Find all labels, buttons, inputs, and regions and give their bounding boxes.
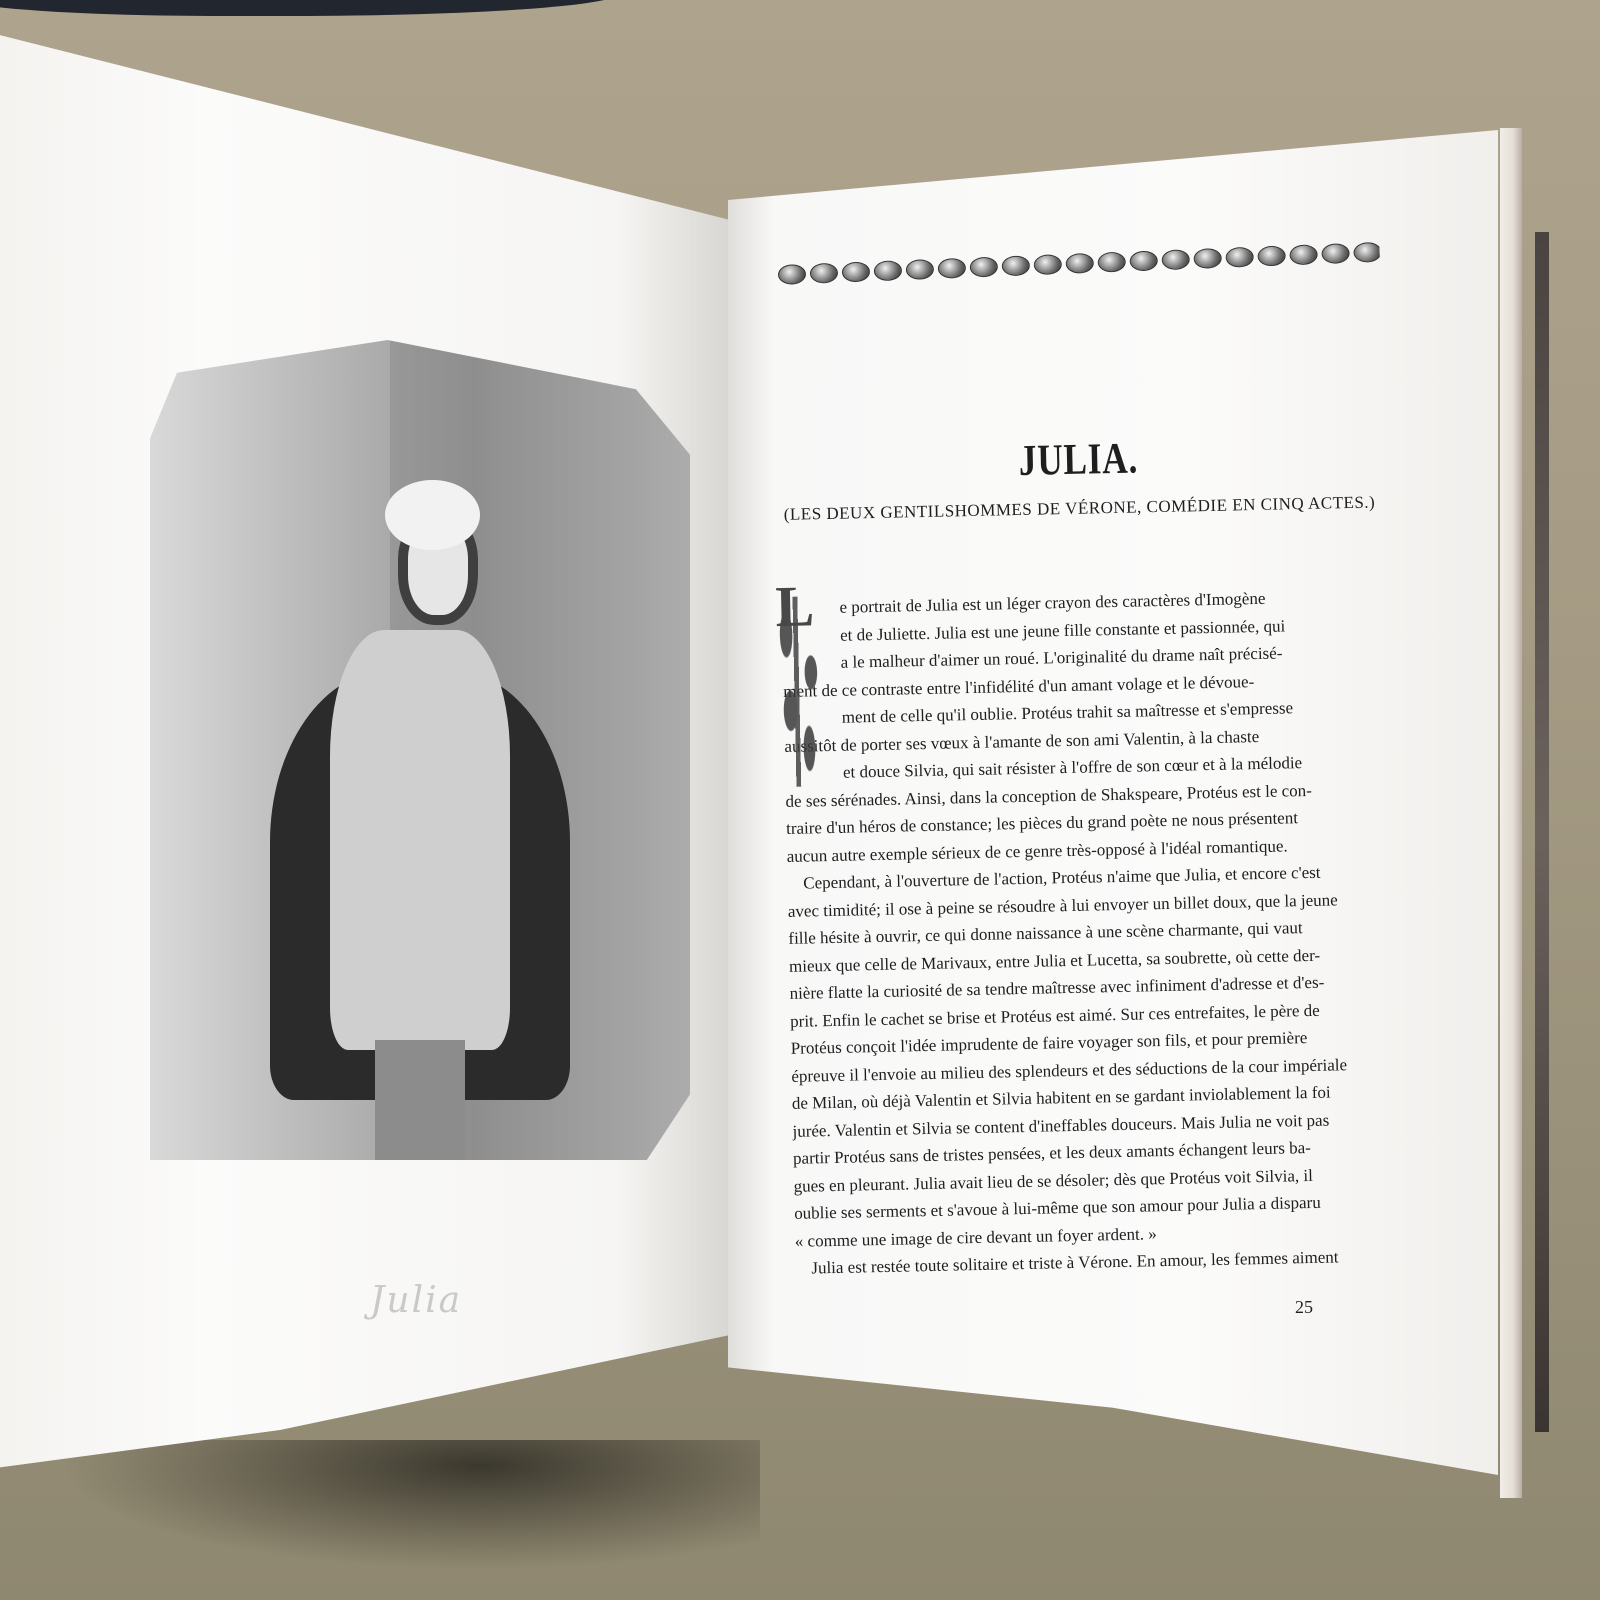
paragraph-1: L e portrait de Julia est un léger crayo… <box>781 582 1387 870</box>
ornament-bead <box>842 261 871 282</box>
ornament-bead <box>1225 247 1254 268</box>
dark-cloth <box>0 0 620 16</box>
ornament-bead <box>1001 255 1030 276</box>
ornament-bead <box>1257 246 1286 267</box>
ornament-bead <box>1161 249 1190 270</box>
ornament-bead <box>906 259 935 280</box>
ornament-bead <box>1065 253 1094 274</box>
ornament-bead <box>937 258 966 279</box>
ornament-bead <box>1097 252 1126 273</box>
ornament-bead <box>874 260 903 281</box>
ornament-bead <box>969 257 998 278</box>
chapter-subtitle: (LES DEUX GENTILSHOMMES DE VÉRONE, COMÉD… <box>779 492 1379 525</box>
right-page-text: JULIA. (LES DEUX GENTILSHOMMES DE VÉRONE… <box>778 427 1396 1282</box>
ornament-bead <box>778 264 807 285</box>
book-shadow <box>60 1440 760 1570</box>
chapter-title: JULIA. <box>838 429 1319 490</box>
paragraph-2: Cependant, à l'ouverture de l'action, Pr… <box>787 857 1395 1254</box>
ornament-bead <box>1321 243 1350 264</box>
engraved-portrait-plate <box>150 340 690 1160</box>
ornament-bead <box>1129 250 1158 271</box>
page-number: 25 <box>1295 1297 1313 1318</box>
ornament-bead <box>1289 244 1318 265</box>
cover-board-edge <box>1535 232 1549 1432</box>
ornament-bead <box>1033 254 1062 275</box>
ornament-bead <box>810 263 839 284</box>
plate-figure-tunic <box>330 630 510 1050</box>
ornamental-dropcap-icon: L <box>767 596 831 787</box>
plate-signature: Julia <box>370 1280 462 1321</box>
plate-figure-turban <box>385 480 480 550</box>
plate-figure-legs <box>375 1040 465 1160</box>
ornament-bead <box>1353 242 1380 263</box>
ornament-bead <box>1193 248 1222 269</box>
page-edges <box>1500 128 1522 1498</box>
